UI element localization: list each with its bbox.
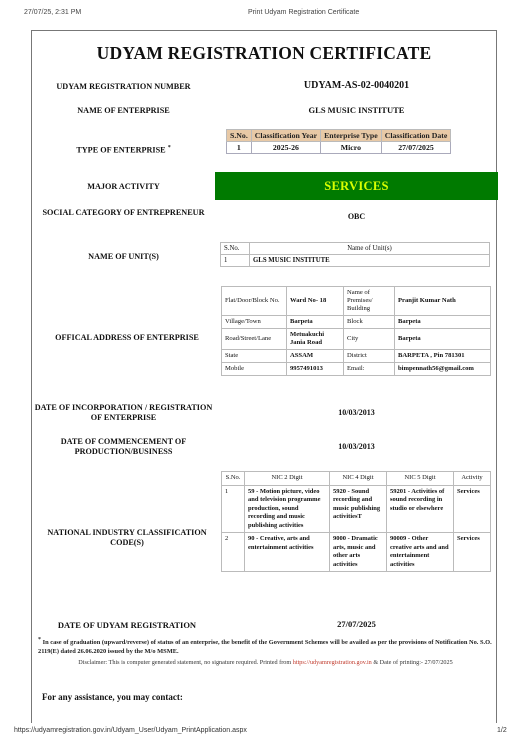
col-activity: Activity: [454, 472, 491, 486]
cell-nic-4: 9000 - Dramatic arts, music and other ar…: [330, 533, 387, 572]
udyam-date-label: DATE OF UDYAM REGISTRATION: [32, 620, 222, 630]
cell-nic-5: 90009 - Other creative arts and and ente…: [387, 533, 454, 572]
print-timestamp: 27/07/25, 2:31 PM: [24, 9, 81, 16]
cell-activity: Services: [454, 485, 491, 533]
page-number: 1/2: [497, 727, 507, 734]
col-nic-5: NIC 5 Digit: [387, 472, 454, 486]
cell-nic-4: 5920 - Sound recording and music publish…: [330, 485, 387, 533]
social-category-label: SOCIAL CATEGORY OF ENTREPRENEUR: [32, 208, 215, 218]
table-row: 1 59 - Motion picture, video and televis…: [222, 485, 491, 533]
major-activity-label: MAJOR ACTIVITY: [32, 182, 215, 192]
road-value: Metuakuchi Jania Road: [287, 329, 344, 350]
registration-number-value: UDYAM-AS-02-0040201: [215, 80, 498, 91]
premises-label: Name of Premises/ Building: [344, 287, 395, 316]
incorporation-label: DATE OF INCORPORATION / REGISTRATION OF …: [32, 403, 215, 423]
units-label: NAME OF UNIT(S): [32, 252, 215, 262]
col-unit-name: Name of Unit(s): [250, 243, 490, 255]
col-classification-date: Classification Date: [381, 130, 451, 142]
col-sno: S.No.: [222, 472, 245, 486]
classification-table: S.No. Classification Year Enterprise Typ…: [226, 129, 451, 154]
cell-sno: 1: [222, 485, 245, 533]
commencement-date: 10/03/2013: [215, 442, 498, 451]
table-row: 1 GLS MUSIC INSTITUTE: [221, 255, 490, 267]
city-value: Barpeta: [395, 329, 491, 350]
cell-sno: 2: [222, 533, 245, 572]
cell-activity: Services: [454, 533, 491, 572]
block-value: Barpeta: [395, 316, 491, 329]
village-value: Barpeta: [287, 316, 344, 329]
mobile-value: 9957491013: [287, 363, 344, 376]
cell-nic-5: 59201 - Activities of sound recording in…: [387, 485, 454, 533]
col-sno: S.No.: [221, 243, 250, 255]
graduation-note: * In case of graduation (upward/reverse)…: [38, 636, 493, 656]
district-label: District: [344, 350, 395, 363]
cell-unit-name: GLS MUSIC INSTITUTE: [250, 255, 490, 267]
graduation-note-text: In case of graduation (upward/reverse) o…: [38, 639, 492, 655]
road-label: Road/Street/Lane: [222, 329, 287, 350]
nic-table: S.No. NIC 2 Digit NIC 4 Digit NIC 5 Digi…: [221, 471, 491, 572]
email-label: Email:: [344, 363, 395, 376]
print-url: https://udyamregistration.gov.in/Udyam_U…: [14, 727, 247, 734]
footnote-marker: *: [38, 637, 41, 643]
registration-number-label: UDYAM REGISTRATION NUMBER: [32, 82, 215, 92]
disclaimer: Disclaimer: This is computer generated s…: [38, 658, 493, 667]
cell-sno: 1: [227, 142, 252, 154]
flat-value: Ward No- 18: [287, 287, 344, 316]
enterprise-type-label-text: TYPE OF ENTERPRISE: [76, 146, 165, 155]
cell-sno: 1: [221, 255, 250, 267]
col-nic-2: NIC 2 Digit: [245, 472, 330, 486]
state-label: State: [222, 350, 287, 363]
col-classification-year: Classification Year: [251, 130, 320, 142]
village-label: Village/Town: [222, 316, 287, 329]
address-label: OFFICAL ADDRESS OF ENTERPRISE: [32, 333, 222, 343]
mobile-label: Mobile: [222, 363, 287, 376]
disclaimer-suffix: & Date of printing:- 27/07/2025: [373, 659, 452, 666]
block-label: Block: [344, 316, 395, 329]
enterprise-name-label: NAME OF ENTERPRISE: [32, 106, 215, 116]
cell-enterprise-type: Micro: [321, 142, 382, 154]
email-value: bimpennath56@gmail.com: [395, 363, 491, 376]
social-category-value: OBC: [215, 212, 498, 221]
commencement-label: DATE OF COMMENCEMENT OF PRODUCTION/BUSIN…: [32, 437, 215, 457]
table-row: 2 90 - Creative, arts and entertainment …: [222, 533, 491, 572]
certificate-title: UDYAM REGISTRATION CERTIFICATE: [32, 43, 496, 64]
table-row: 1 2025-26 Micro 27/07/2025: [227, 142, 451, 154]
units-table: S.No. Name of Unit(s) 1 GLS MUSIC INSTIT…: [220, 242, 490, 267]
certificate: UDYAM REGISTRATION CERTIFICATE UDYAM REG…: [31, 30, 497, 723]
major-activity-banner: SERVICES: [215, 172, 498, 200]
cell-classification-year: 2025-26: [251, 142, 320, 154]
disclaimer-prefix: Disclaimer: This is computer generated s…: [78, 659, 291, 666]
col-sno: S.No.: [227, 130, 252, 142]
contact-heading: For any assistance, you may contact:: [42, 692, 183, 702]
col-nic-4: NIC 4 Digit: [330, 472, 387, 486]
state-value: ASSAM: [287, 350, 344, 363]
flat-label: Flat/Door/Block No.: [222, 287, 287, 316]
print-title: Print Udyam Registration Certificate: [248, 9, 359, 16]
premises-value: Pranjit Kumar Nath: [395, 287, 491, 316]
district-value: BARPETA , Pin 781301: [395, 350, 491, 363]
col-enterprise-type: Enterprise Type: [321, 130, 382, 142]
enterprise-type-label: TYPE OF ENTERPRISE *: [32, 143, 215, 156]
cell-nic-2: 90 - Creative, arts and entertainment ac…: [245, 533, 330, 572]
enterprise-name-value: GLS MUSIC INSTITUTE: [215, 105, 498, 115]
nic-label: NATIONAL INDUSTRY CLASSIFICATION CODE(S): [32, 528, 222, 548]
cell-nic-2: 59 - Motion picture, video and televisio…: [245, 485, 330, 533]
address-table: Flat/Door/Block No. Ward No- 18 Name of …: [221, 286, 491, 376]
city-label: City: [344, 329, 395, 350]
cell-classification-date: 27/07/2025: [381, 142, 451, 154]
udyam-date-value: 27/07/2025: [215, 619, 498, 629]
udyam-portal-link[interactable]: https://udyamregistration.gov.in: [293, 659, 372, 666]
footnote-marker: *: [168, 145, 171, 151]
print-header: 27/07/25, 2:31 PM Print Udyam Registrati…: [0, 9, 530, 21]
incorporation-date: 10/03/2013: [215, 408, 498, 417]
